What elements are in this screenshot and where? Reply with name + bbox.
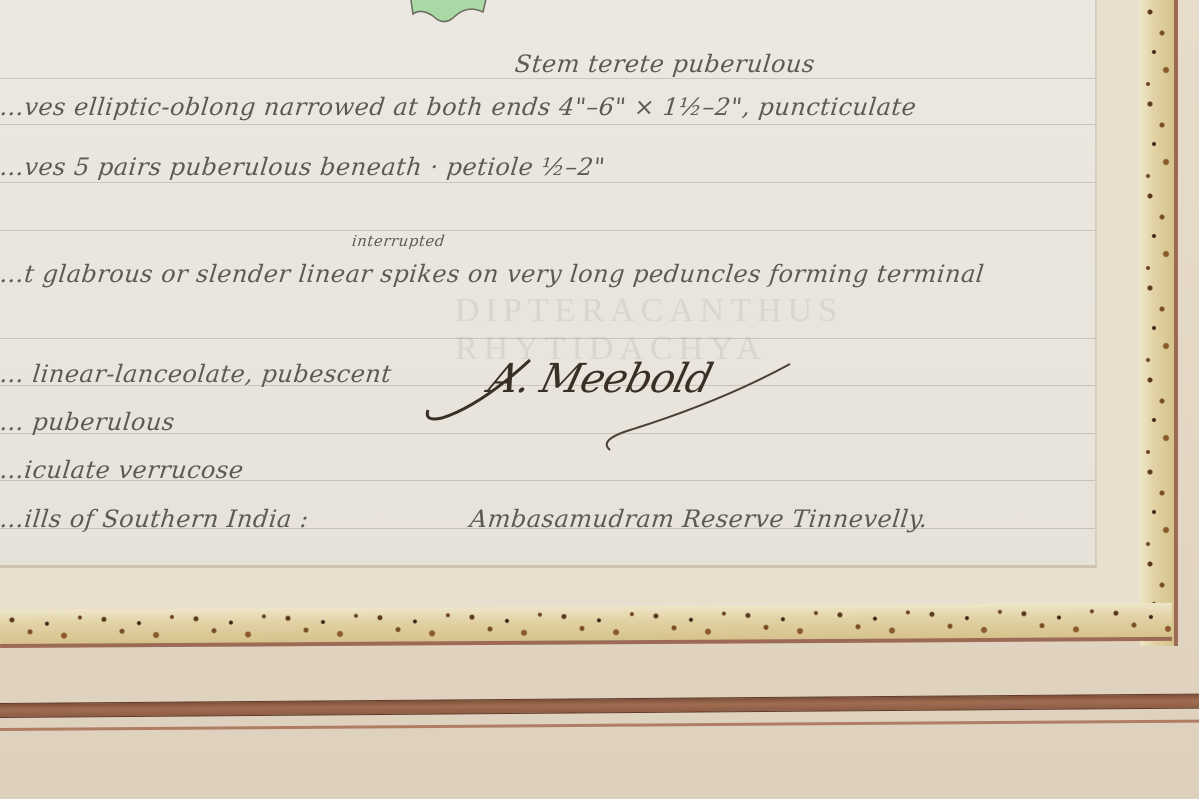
signature: A. Meebold <box>420 330 800 460</box>
handwriting-inflorescence: …t glabrous or slender linear spikes on … <box>0 260 986 288</box>
handwriting-locality: Ambasamudram Reserve Tinnevelly. <box>469 505 930 533</box>
ruled-line <box>0 182 1095 183</box>
signature-flourish <box>420 330 800 460</box>
handwriting-calyx: … puberulous <box>0 408 176 436</box>
ruled-line <box>0 78 1095 79</box>
gilt-frame-fillet-bottom <box>0 603 1172 648</box>
herbarium-sheet: DIPTERACANTHUS RHYTIDACHYA Stem terete p… <box>0 0 1097 568</box>
handwriting-bracts: … linear-lanceolate, pubescent <box>0 360 393 388</box>
handwriting-nerves: …ves 5 pairs puberulous beneath · petiol… <box>0 153 607 181</box>
handwriting-insertion-note: interrupted <box>351 232 446 250</box>
ruled-line <box>0 124 1095 125</box>
leaf-illustration <box>395 0 515 40</box>
handwriting-seeds: …iculate verrucose <box>0 456 245 484</box>
handwriting-stem: Stem terete puberulous <box>514 50 817 78</box>
ruled-line <box>0 230 1095 231</box>
gilt-frame-fillet-right <box>1140 0 1178 646</box>
handwriting-habitat: …ills of Southern India : <box>0 505 310 533</box>
handwriting-leaves: …ves elliptic-oblong narrowed at both en… <box>0 93 918 121</box>
